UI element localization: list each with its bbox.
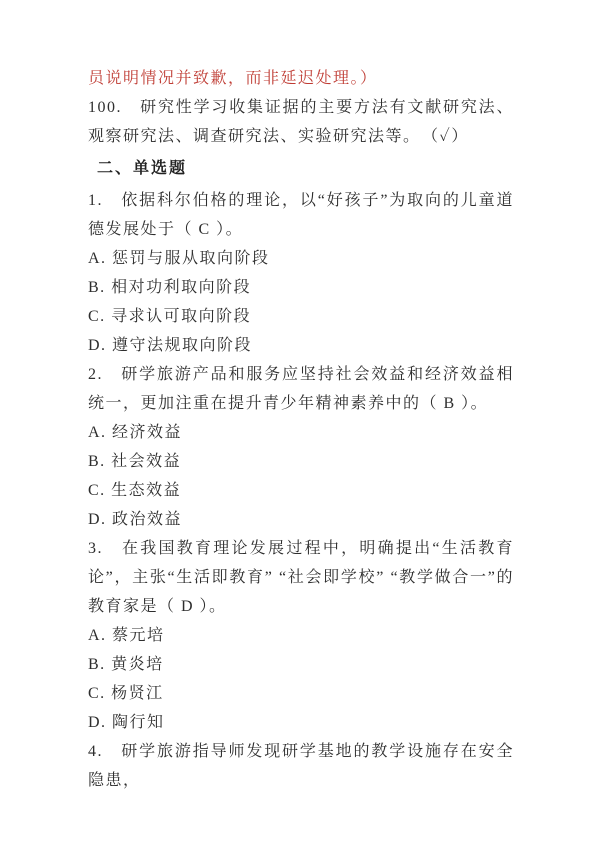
- question-100-text: 100. 研究性学习收集证据的主要方法有文献研究法、观察研究法、调查研究法、实验…: [88, 93, 514, 151]
- question-1-option-d: D. 遵守法规取向阶段: [88, 331, 514, 360]
- section-header-single-choice: 二、单选题: [88, 153, 514, 184]
- question-3-option-c: C. 杨贤江: [88, 679, 514, 708]
- continuation-note: 员说明情况并致歉，而非延迟处理。）: [88, 64, 514, 93]
- question-2-option-b: B. 社会效益: [88, 447, 514, 476]
- question-3-option-a: A. 蔡元培: [88, 621, 514, 650]
- question-2-option-a: A. 经济效益: [88, 418, 514, 447]
- question-3-option-b: B. 黄炎培: [88, 650, 514, 679]
- question-4-text: 4. 研学旅游指导师发现研学基地的教学设施存在安全隐患，: [88, 737, 514, 795]
- question-3-block: 3. 在我国教育理论发展过程中，明确提出“生活教育论”，主张“生活即教育” “社…: [88, 534, 514, 737]
- question-1-option-c: C. 寻求认可取向阶段: [88, 302, 514, 331]
- question-3-text: 3. 在我国教育理论发展过程中，明确提出“生活教育论”，主张“生活即教育” “社…: [88, 534, 514, 621]
- question-2-option-d: D. 政治效益: [88, 505, 514, 534]
- question-2-block: 2. 研学旅游产品和服务应坚持社会效益和经济效益相统一，更加注重在提升青少年精神…: [88, 360, 514, 534]
- document-page: 员说明情况并致歉，而非延迟处理。） 100. 研究性学习收集证据的主要方法有文献…: [0, 0, 600, 849]
- question-1-option-b: B. 相对功利取向阶段: [88, 273, 514, 302]
- question-2-text: 2. 研学旅游产品和服务应坚持社会效益和经济效益相统一，更加注重在提升青少年精神…: [88, 360, 514, 418]
- question-1-block: 1. 依据科尔伯格的理论，以“好孩子”为取向的儿童道德发展处于（ C ）。 A.…: [88, 186, 514, 360]
- question-1-text: 1. 依据科尔伯格的理论，以“好孩子”为取向的儿童道德发展处于（ C ）。: [88, 186, 514, 244]
- question-1-option-a: A. 惩罚与服从取向阶段: [88, 244, 514, 273]
- question-3-option-d: D. 陶行知: [88, 708, 514, 737]
- question-2-option-c: C. 生态效益: [88, 476, 514, 505]
- question-4-block: 4. 研学旅游指导师发现研学基地的教学设施存在安全隐患，: [88, 737, 514, 795]
